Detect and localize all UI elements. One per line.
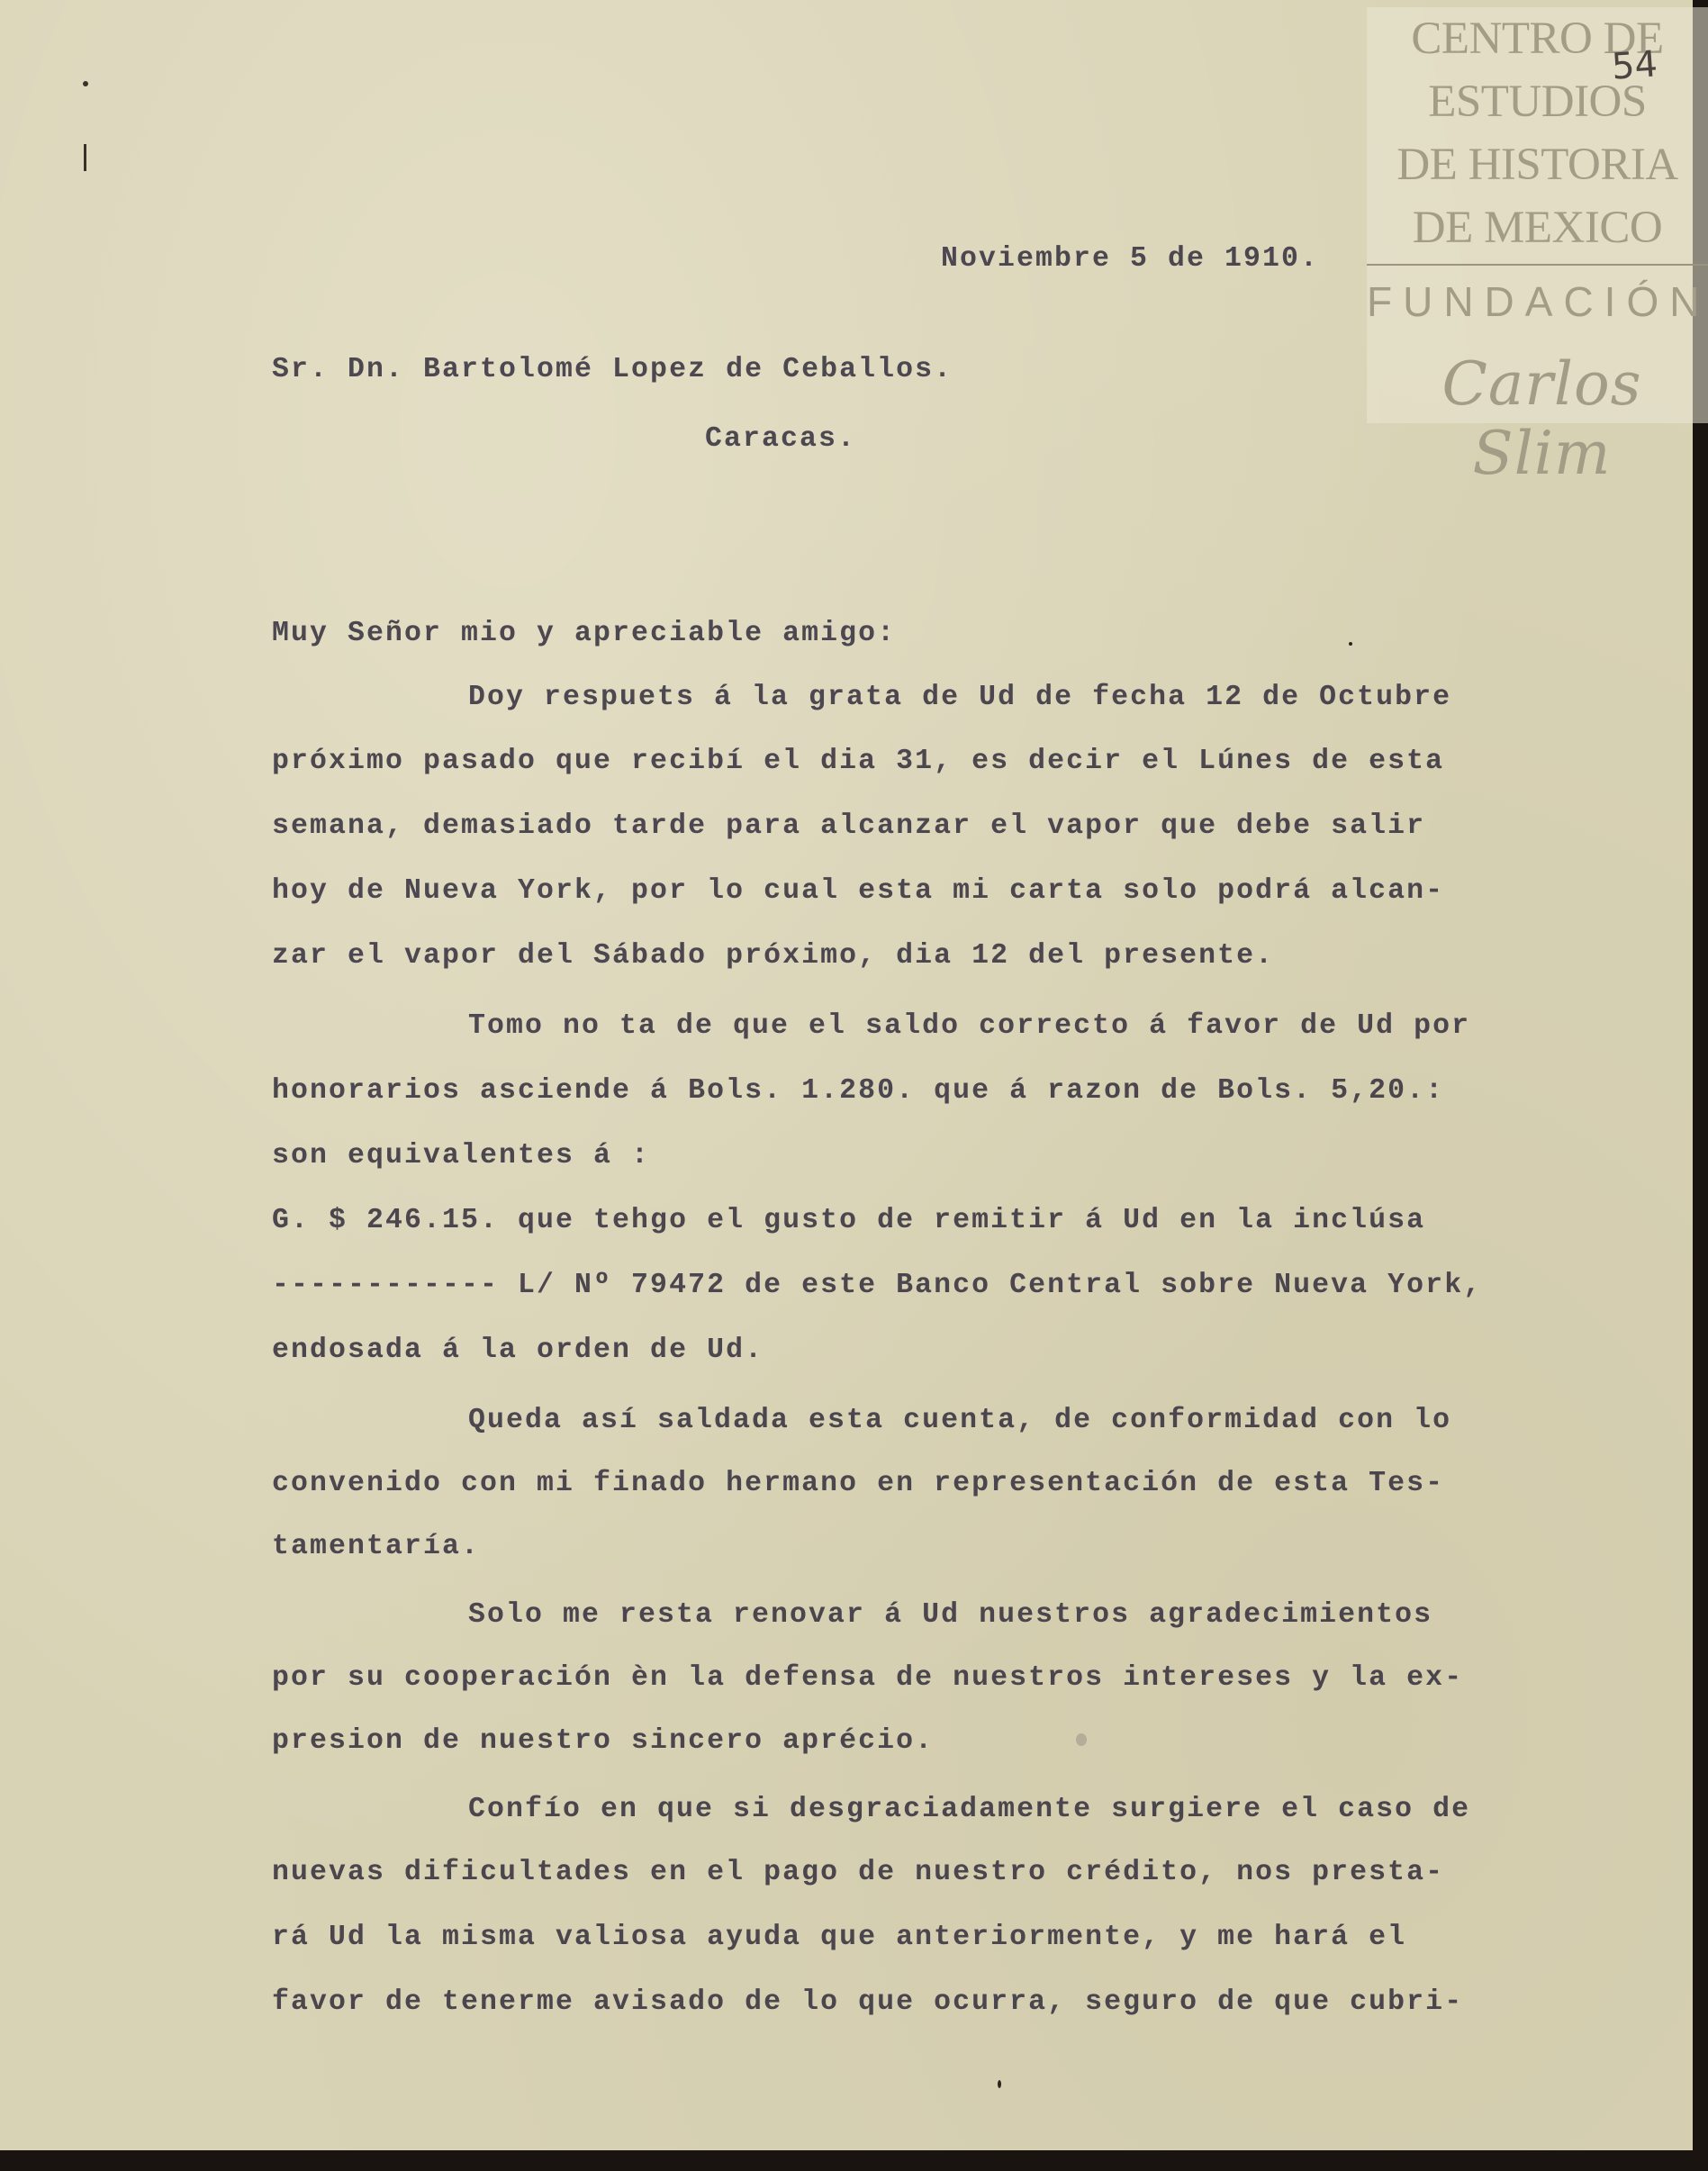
- watermark-divider: [1367, 264, 1708, 266]
- body-line: próximo pasado que recibí el dia 31, es …: [272, 746, 1444, 777]
- ink-speck: [1076, 1733, 1087, 1746]
- body-line: convenido con mi finado hermano en repre…: [272, 1468, 1444, 1499]
- punch-mark: [83, 81, 88, 86]
- watermark-line: DE MEXICO: [1367, 196, 1708, 259]
- watermark-foundation: FUNDACIÓN: [1367, 277, 1708, 326]
- body-line: por su cooperación èn la defensa de nues…: [272, 1662, 1463, 1694]
- ink-speck: [998, 2080, 1001, 2088]
- body-line: tamentaría.: [272, 1531, 480, 1562]
- addressee-city: Caracas.: [705, 423, 856, 455]
- body-line: honorarios asciende á Bols. 1.280. que á…: [272, 1075, 1444, 1107]
- watermark-signature: Carlos Slim: [1376, 349, 1708, 488]
- salutation: Muy Señor mio y apreciable amigo:: [272, 618, 896, 649]
- body-line: G. $ 246.15. que tehgo el gusto de remit…: [272, 1205, 1425, 1236]
- ink-speck: [1349, 642, 1352, 646]
- body-line: son equivalentes á :: [272, 1140, 650, 1171]
- watermark-line: DE HISTORIA: [1367, 133, 1708, 196]
- body-line: semana, demasiado tarde para alcanzar el…: [272, 810, 1425, 842]
- body-line: hoy de Nueva York, por lo cual esta mi c…: [272, 875, 1444, 907]
- body-line: Queda así saldada esta cuenta, de confor…: [468, 1405, 1451, 1436]
- body-line: Confío en que si desgraciadamente surgie…: [468, 1794, 1470, 1825]
- folio-number: 54: [1610, 43, 1658, 87]
- body-line: Tomo no ta de que el saldo correcto á fa…: [468, 1010, 1470, 1042]
- body-line: nuevas dificultades en el pago de nuestr…: [272, 1857, 1444, 1888]
- body-line: zar el vapor del Sábado próximo, dia 12 …: [272, 940, 1274, 972]
- body-line: rá Ud la misma valiosa ayuda que anterio…: [272, 1922, 1406, 1953]
- letter-date: Noviembre 5 de 1910.: [941, 243, 1319, 275]
- body-line: endosada á la orden de Ud.: [272, 1334, 764, 1366]
- body-line: Solo me resta renovar á Ud nuestros agra…: [468, 1599, 1432, 1631]
- body-line: ------------ L/ Nº 79472 de este Banco C…: [272, 1270, 1482, 1301]
- body-line: presion de nuestro sincero aprécio.: [272, 1725, 934, 1757]
- body-line: Doy respuets á la grata de Ud de fecha 1…: [468, 682, 1451, 713]
- addressee: Sr. Dn. Bartolomé Lopez de Ceballos.: [272, 354, 953, 385]
- body-line: favor de tenerme avisado de lo que ocurr…: [272, 1986, 1463, 2018]
- punch-mark: [84, 144, 86, 171]
